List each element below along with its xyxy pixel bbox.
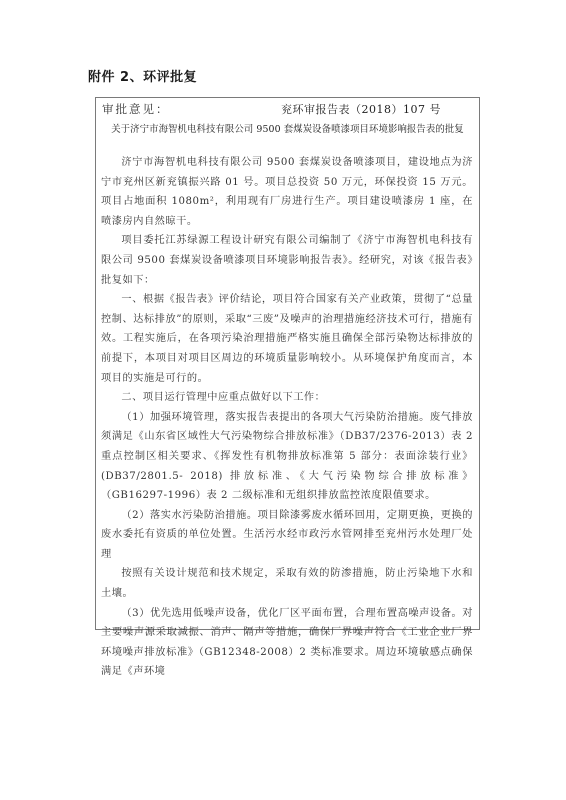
paragraph-project-overview: 济宁市海智机电科技有限公司 9500 套煤炭设备喷漆项目，建设地点为济宁市兖州区… [101, 153, 473, 231]
paragraph-report-commission: 项目委托江苏绿源工程设计研究有限公司编制了《济宁市海智机电科技有限公司 9500… [101, 231, 473, 290]
paragraph-air-pollution: （1）加强环境管理，落实报告表提出的各项大气污染防治措施。废气排放须满足《山东省… [101, 408, 473, 506]
document-number: 兖环审报告表（2018）107 号 [281, 101, 441, 117]
approval-opinion-label: 审批意见： [102, 101, 170, 117]
paragraph-anti-seepage: 按照有关设计规范和技术规定，采取有效的防渗措施，防止污染地下水和土壤。 [101, 564, 473, 603]
paragraph-key-work-intro: 二、项目运行管理中应重点做好以下工作： [101, 388, 473, 408]
paragraph-evaluation-conclusion: 一、根据《报告表》评价结论，项目符合国家有关产业政策，贯彻了“总量控制、达标排放… [101, 290, 473, 388]
approval-title: 关于济宁市海智机电科技有限公司 9500 套煤炭设备喷漆项目环境影响报告表的批复 [96, 121, 479, 135]
approval-body: 济宁市海智机电科技有限公司 9500 套煤炭设备喷漆项目，建设地点为济宁市兖州区… [101, 153, 473, 682]
approval-form-box: 审批意见： 兖环审报告表（2018）107 号 关于济宁市海智机电科技有限公司 … [95, 97, 480, 630]
paragraph-water-pollution: （2）落实水污染防治措施。项目除漆雾废水循环回用，定期更换，更换的废水委托有资质… [101, 506, 473, 565]
paragraph-noise-control: （3）优先选用低噪声设备，优化厂区平面布置，合理布置高噪声设备。对主要噪声源采取… [101, 604, 473, 682]
page-heading: 附件 2、环评批复 [88, 66, 197, 85]
